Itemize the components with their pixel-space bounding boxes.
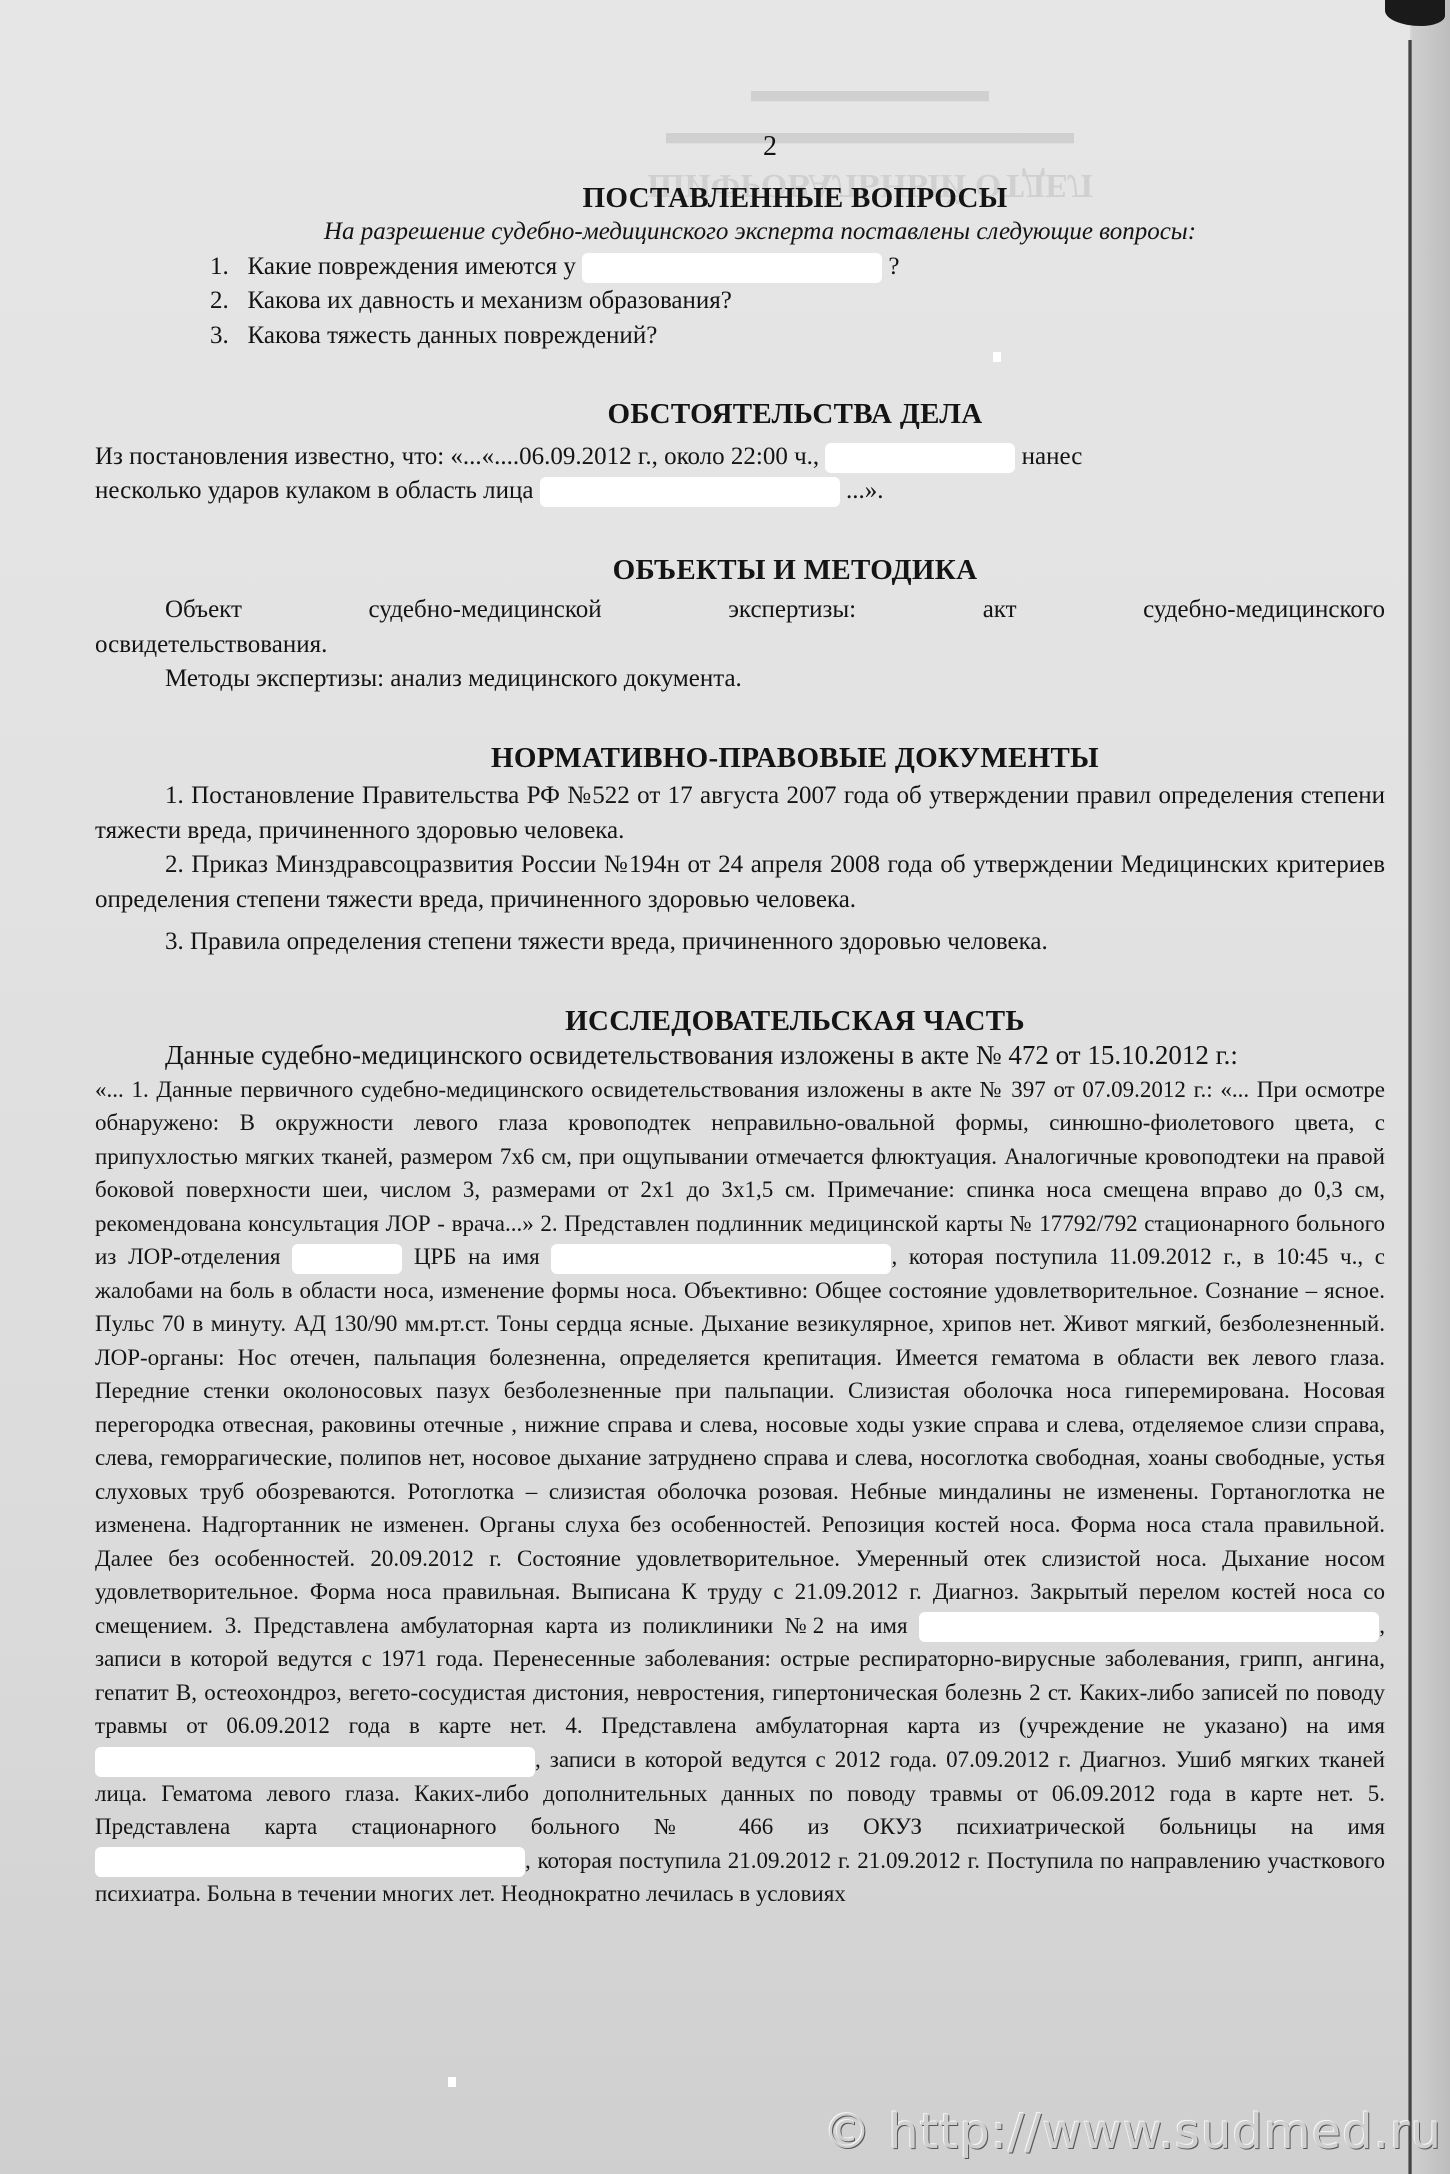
- speck: [993, 352, 1001, 362]
- question-item: 3. Какова тяжесть данных повреждений?: [210, 319, 1385, 354]
- questions-intro: На разрешение судебно-медицинского экспе…: [135, 215, 1385, 250]
- research-body: «... 1. Данные первичного судебно-медици…: [95, 1073, 1385, 1911]
- watermark: © http://www.sudmed.ru: [823, 2104, 1442, 2160]
- redaction: [95, 1847, 525, 1877]
- speck: [448, 2077, 456, 2087]
- redaction: [292, 1244, 402, 1274]
- section-title-research: ИССЛЕДОВАТЕЛЬСКАЯ ЧАСТЬ: [205, 1004, 1385, 1039]
- redaction: [95, 1747, 535, 1777]
- redaction: [825, 443, 1015, 473]
- page-number: 2: [155, 130, 1385, 165]
- section-title-questions: ПОСТАВЛЕННЫЕ ВОПРОСЫ: [205, 181, 1385, 216]
- normative-item: 2. Приказ Минздравсоцразвития России №19…: [95, 848, 1385, 917]
- question-item: 2. Какова их давность и механизм образов…: [210, 284, 1385, 319]
- methods-text: Методы экспертизы: анализ медицинского д…: [95, 662, 1385, 697]
- normative-item: 3. Правила определения степени тяжести в…: [95, 925, 1385, 960]
- section-title-circumstances: ОБСТОЯТЕЛЬСТВА ДЕЛА: [205, 397, 1385, 432]
- adjacent-page-edge: [1412, 0, 1450, 2174]
- document-content: 2 ПОСТАВЛЕННЫЕ ВОПРОСЫ На разрешение суд…: [95, 130, 1385, 1911]
- redaction: [582, 253, 882, 283]
- redaction: [540, 477, 840, 507]
- normative-item: 1. Постановление Правительства РФ №522 о…: [95, 779, 1385, 848]
- objects-text: Объект судебно-медицинской экспертизы: а…: [95, 593, 1385, 662]
- redaction: [551, 1244, 891, 1274]
- research-lead: Данные судебно-медицинского освидетельст…: [95, 1038, 1385, 1073]
- questions-list: 1. Какие повреждения имеются у ? 2. Како…: [95, 250, 1385, 354]
- redaction: [919, 1612, 1379, 1642]
- circumstances-text: Из постановления известно, что: «...«...…: [95, 440, 1385, 509]
- section-title-normative: НОРМАТИВНО-ПРАВОВЫЕ ДОКУМЕНТЫ: [205, 741, 1385, 776]
- section-title-objects: ОБЪЕКТЫ И МЕТОДИКА: [205, 553, 1385, 588]
- question-item: 1. Какие повреждения имеются у ?: [210, 250, 1385, 285]
